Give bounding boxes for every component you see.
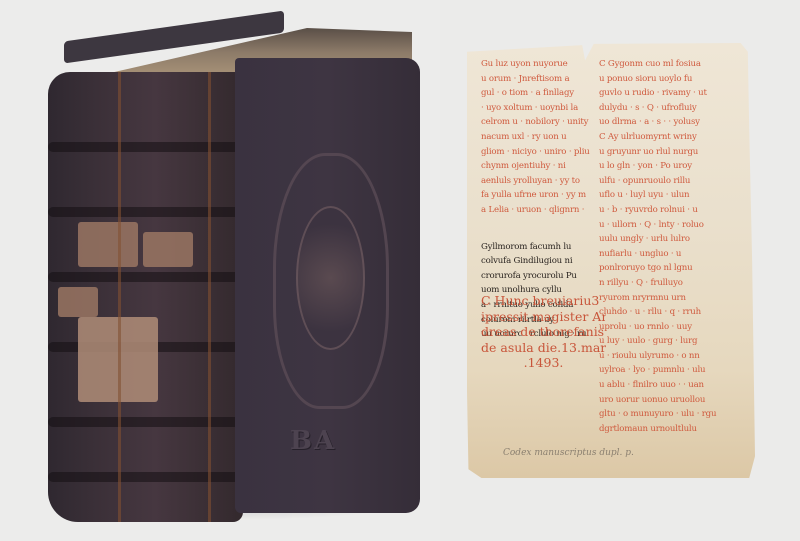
text-line: uprolu · uo rnnlo · uuy	[599, 320, 734, 335]
text-line: u ablu · flnilro uuo · · uan	[599, 378, 734, 393]
text-line: gliom · niciyo · uniro · pliu	[481, 145, 606, 160]
text-line: fa yulla ufrne uron · yy m	[481, 188, 606, 203]
text-line: C Gygonm cuo ml fosiua	[599, 57, 734, 72]
text-line: chynm ojentiuhy · ni	[481, 159, 606, 174]
text-line: uo dlrma · a · s · · yolusy	[599, 115, 734, 130]
spine-raised-band	[48, 417, 243, 427]
text-line: u ponuo sioru uoylo fu	[599, 72, 734, 87]
text-line: gul · o tiom · a finllagy	[481, 86, 606, 101]
text-line: a Lelia · uruon · qlignrn ·	[481, 203, 606, 218]
text-line: u gruyunr uo rlul nurgu	[599, 145, 734, 160]
worn-leather-patch	[78, 222, 138, 267]
text-line: u orum · Jnreftisom a	[481, 72, 606, 87]
worn-leather-patch	[58, 287, 98, 317]
book-photo: BA	[0, 0, 440, 541]
text-line: guvlo u rudio · rivamy · ut	[599, 86, 734, 101]
text-line: uylroa · lyo · pumnlu · ulu	[599, 363, 734, 378]
text-line: Gu luz uyon nuyorue	[481, 57, 606, 72]
colophon: C Hunc breuiariu3 ipressit magister An d…	[481, 293, 606, 371]
text-line: u · ullorn · Q · lnty · roluo	[599, 218, 734, 233]
text-line: n rillyu · Q · frulluyo	[599, 276, 734, 291]
text-line: Gyllmorom facumh lu	[481, 240, 606, 255]
text-line: cluhdo · u · rllu · q · rruh	[599, 305, 734, 320]
leather-bound-book: BA	[0, 0, 440, 541]
text-line: colvufa Gindilugiou ni	[481, 254, 606, 269]
spine-raised-band	[48, 272, 243, 282]
spine-raised-band	[48, 472, 243, 482]
text-line: nufiarlu · ungluo · u	[599, 247, 734, 262]
text-line: ryurom nryrmnu urn	[599, 291, 734, 306]
book-front-cover: BA	[235, 58, 420, 513]
text-line: u · b · ryuvrdo rolnui · u	[599, 203, 734, 218]
text-line: u · rioulu ulyrumo · o nn	[599, 349, 734, 364]
cartouche-ornament	[273, 153, 389, 409]
spine-raised-band	[48, 142, 243, 152]
text-line: uro uorur uonuo uruollou	[599, 393, 734, 408]
spine-crack	[208, 72, 211, 522]
handwritten-note: Codex manuscriptus dupl. p.	[503, 448, 634, 458]
eagle-crest-ornament	[296, 206, 365, 350]
incunable-leaf: Gu luz uyon nuyorue u orum · Jnreftisom …	[467, 43, 755, 478]
text-line: uulu ungly · urlu lulro	[599, 232, 734, 247]
text-line: u luy · uulo · gurg · lurg	[599, 334, 734, 349]
colophon-line: ipressit magister An	[481, 309, 606, 325]
text-line: u lo gln · yon · Po uroy	[599, 159, 734, 174]
colophon-line: de asula die.13.marcij	[481, 340, 606, 356]
text-line: dulydu · s · Q · ufrofluiy	[599, 101, 734, 116]
colophon-line: dreas de thorefanis	[481, 324, 606, 340]
colophon-line: C Hunc breuiariu3	[481, 293, 606, 309]
spine-crack	[118, 72, 121, 522]
text-line: C Ay ulrluomyrnt wriny	[599, 130, 734, 145]
text-line: gltu · o munuyuro · ulu · rgu	[599, 407, 734, 422]
cover-initials: BA	[290, 426, 336, 456]
text-line: ulfu · opunruoulo rillu	[599, 174, 734, 189]
text-line: aenluls yrolluyan · yy to	[481, 174, 606, 189]
text-line: uflo u · luyl uyu · ulun	[599, 188, 734, 203]
worn-leather-patch	[143, 232, 193, 267]
book-spine	[48, 72, 243, 522]
colophon-date: .1493.	[481, 355, 606, 371]
spine-raised-band	[48, 207, 243, 217]
text-line: ponlroruyo tgo nl lgnu	[599, 261, 734, 276]
left-rubric-block: Gu luz uyon nuyorue u orum · Jnreftisom …	[481, 57, 606, 218]
text-line: · uyo xoltum · uoynbi la	[481, 101, 606, 116]
right-text-column: C Gygonm cuo ml fosiua u ponuo sioru uoy…	[599, 57, 734, 436]
text-line: nacum uxl · ry uon u	[481, 130, 606, 145]
text-line: dgrtlomaun urnoultlulu	[599, 422, 734, 437]
text-line: crorurofa yrocurolu Pu	[481, 269, 606, 284]
text-line: celrom u · nobilory · unity	[481, 115, 606, 130]
